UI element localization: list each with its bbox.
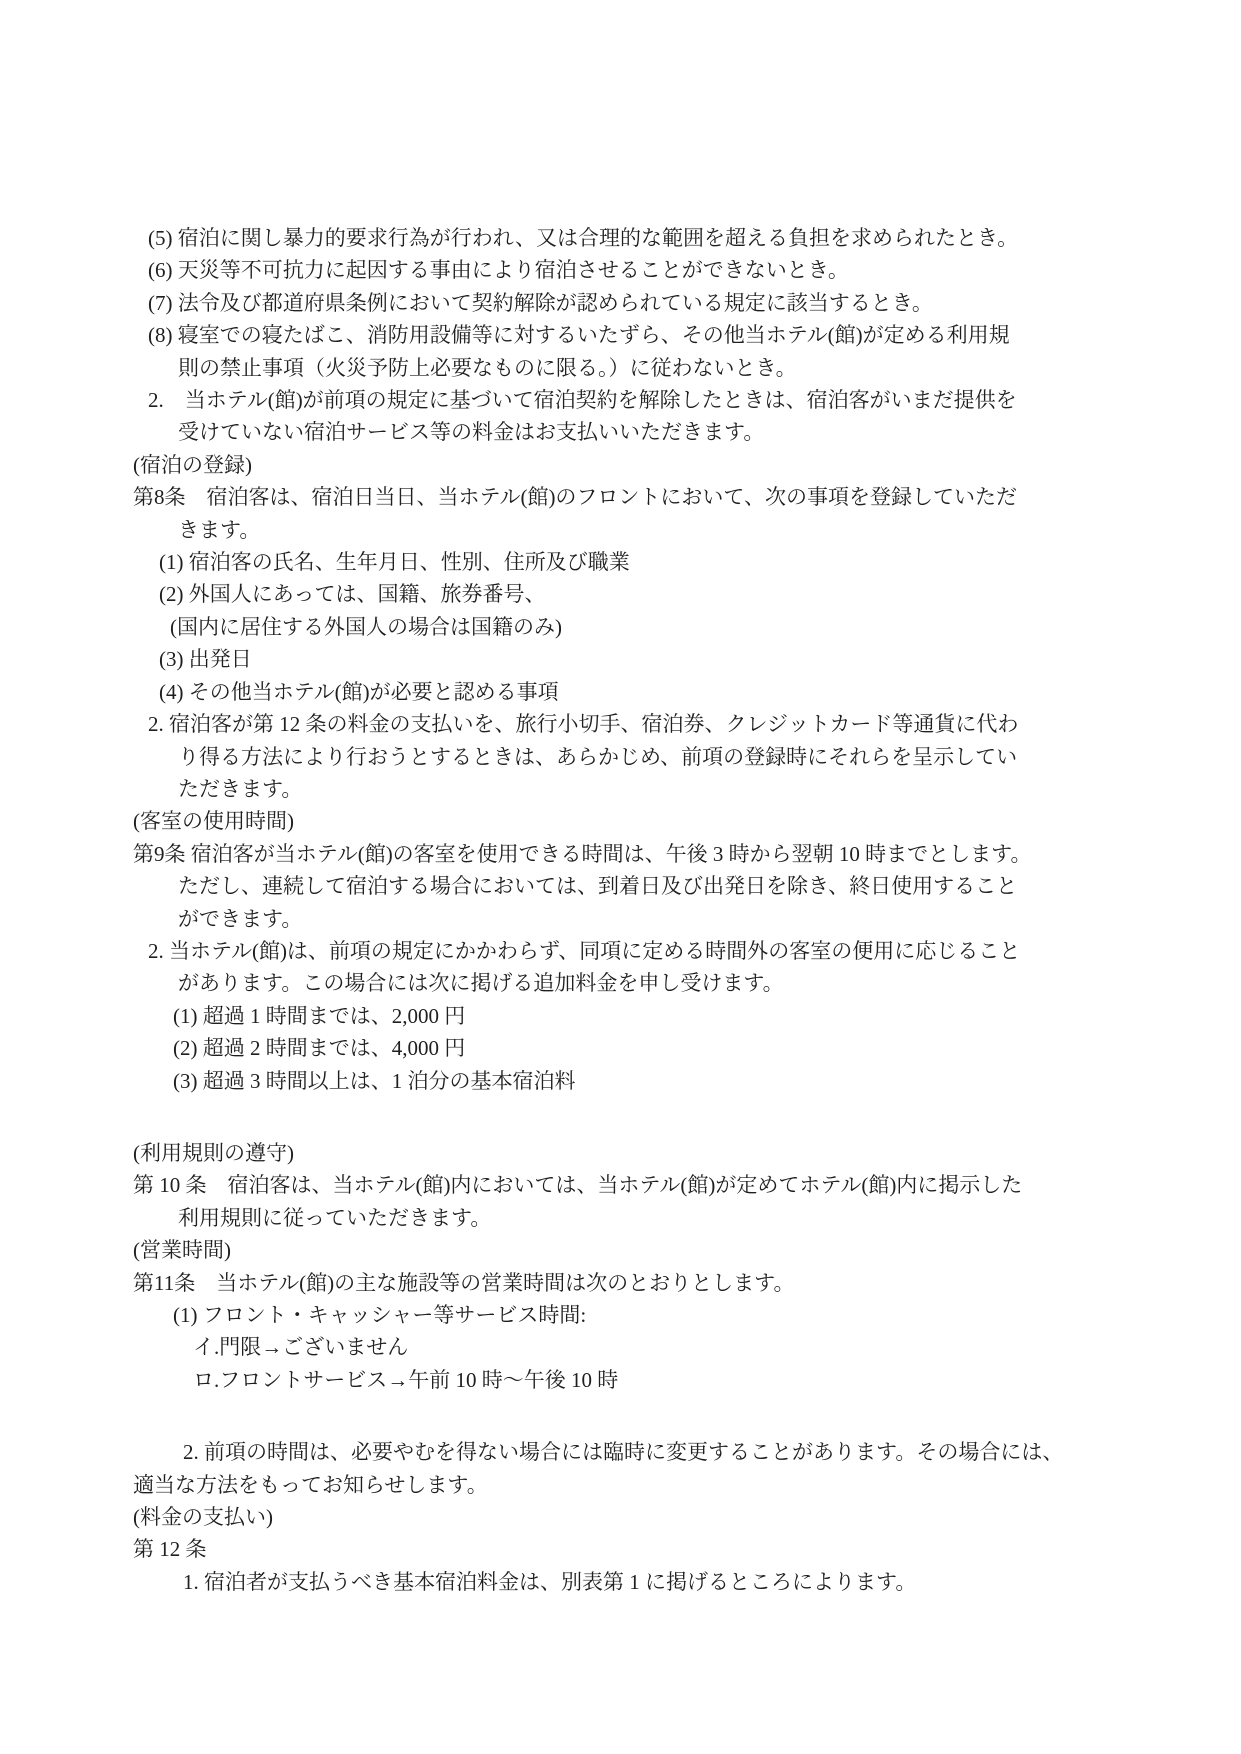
clause-item: (1) 超過 1 時間までは、2,000 円	[133, 1000, 1121, 1032]
section-heading: (客室の使用時間)	[133, 805, 1121, 837]
clause-subitem: イ.門限→ございません	[133, 1331, 1121, 1363]
section-heading: (営業時間)	[133, 1234, 1121, 1266]
clause-item: (1) フロント・キャッシャー等サービス時間:	[133, 1299, 1121, 1331]
section-heading: (利用規則の遵守)	[133, 1137, 1121, 1169]
clause-continuation: 受けていない宿泊サービス等の料金はお支払いいただきます。	[133, 416, 1121, 448]
clause-continuation: きます。	[133, 514, 1121, 546]
clause-continuation: 利用規則に従っていただきます。	[133, 1202, 1121, 1234]
clause-item: (3) 出発日	[133, 643, 1121, 675]
clause-item: (2) 外国人にあっては、国籍、旅券番号、	[133, 578, 1121, 610]
article-line: 第8条 宿泊客は、宿泊日当日、当ホテル(館)のフロントにおいて、次の事項を登録し…	[133, 481, 1121, 513]
article-line: 第 12 条	[133, 1533, 1121, 1565]
clause-item: 2. 当ホテル(館)が前項の規定に基づいて宿泊契約を解除したときは、宿泊客がいま…	[133, 384, 1121, 416]
clause-continuation: ができます。	[133, 903, 1121, 935]
blank-line	[133, 1097, 1121, 1137]
clause-item: 2. 宿泊客が第 12 条の料金の支払いを、旅行小切手、宿泊券、クレジットカード…	[133, 708, 1121, 740]
terms-text-block: (5) 宿泊に関し暴力的要求行為が行われ、又は合理的な範囲を超える負担を求められ…	[133, 222, 1121, 1598]
clause-item: 1. 宿泊者が支払うべき基本宿泊料金は、別表第 1 に掲げるところによります。	[133, 1566, 1121, 1598]
blank-line	[133, 1396, 1121, 1436]
clause-continuation: 適当な方法をもってお知らせします。	[133, 1469, 1121, 1501]
clause-subitem: ロ.フロントサービス→午前 10 時～午後 10 時	[133, 1364, 1121, 1396]
clause-item: (1) 宿泊客の氏名、生年月日、性別、住所及び職業	[133, 546, 1121, 578]
clause-item: (7) 法令及び都道府県条例において契約解除が認められている規定に該当するとき。	[133, 287, 1121, 319]
section-heading: (料金の支払い)	[133, 1501, 1121, 1533]
article-line: 第11条 当ホテル(館)の主な施設等の営業時間は次のとおりとします。	[133, 1267, 1121, 1299]
article-line: 第9条 宿泊客が当ホテル(館)の客室を使用できる時間は、午後 3 時から翌朝 1…	[133, 838, 1121, 870]
clause-item: (4) その他当ホテル(館)が必要と認める事項	[133, 676, 1121, 708]
clause-continuation: ただし、連続して宿泊する場合においては、到着日及び出発日を除き、終日使用すること	[133, 870, 1121, 902]
document-page: (5) 宿泊に関し暴力的要求行為が行われ、又は合理的な範囲を超える負担を求められ…	[0, 0, 1241, 1754]
clause-item: (2) 超過 2 時間までは、4,000 円	[133, 1032, 1121, 1064]
clause-item: 2. 当ホテル(館)は、前項の規定にかかわらず、同項に定める時間外の客室の便用に…	[133, 935, 1121, 967]
section-heading: (宿泊の登録)	[133, 449, 1121, 481]
clause-item: (6) 天災等不可抗力に起因する事由により宿泊させることができないとき。	[133, 254, 1121, 286]
clause-continuation: (国内に居住する外国人の場合は国籍のみ)	[133, 611, 1121, 643]
clause-continuation: ただきます。	[133, 773, 1121, 805]
clause-continuation: り得る方法により行おうとするときは、あらかじめ、前項の登録時にそれらを呈示してい	[133, 741, 1121, 773]
clause-item: (5) 宿泊に関し暴力的要求行為が行われ、又は合理的な範囲を超える負担を求められ…	[133, 222, 1121, 254]
clause-item: (8) 寝室での寝たばこ、消防用設備等に対するいたずら、その他当ホテル(館)が定…	[133, 319, 1121, 351]
article-line: 第 10 条 宿泊客は、当ホテル(館)内においては、当ホテル(館)が定めてホテル…	[133, 1169, 1121, 1201]
clause-item: (3) 超過 3 時間以上は、1 泊分の基本宿泊料	[133, 1065, 1121, 1097]
clause-continuation: があります。この場合には次に掲げる追加料金を申し受けます。	[133, 967, 1121, 999]
clause-continuation: 則の禁止事項（火災予防上必要なものに限る。）に従わないとき。	[133, 352, 1121, 384]
clause-item: 2. 前項の時間は、必要やむを得ない場合には臨時に変更することがあります。その場…	[133, 1436, 1121, 1468]
